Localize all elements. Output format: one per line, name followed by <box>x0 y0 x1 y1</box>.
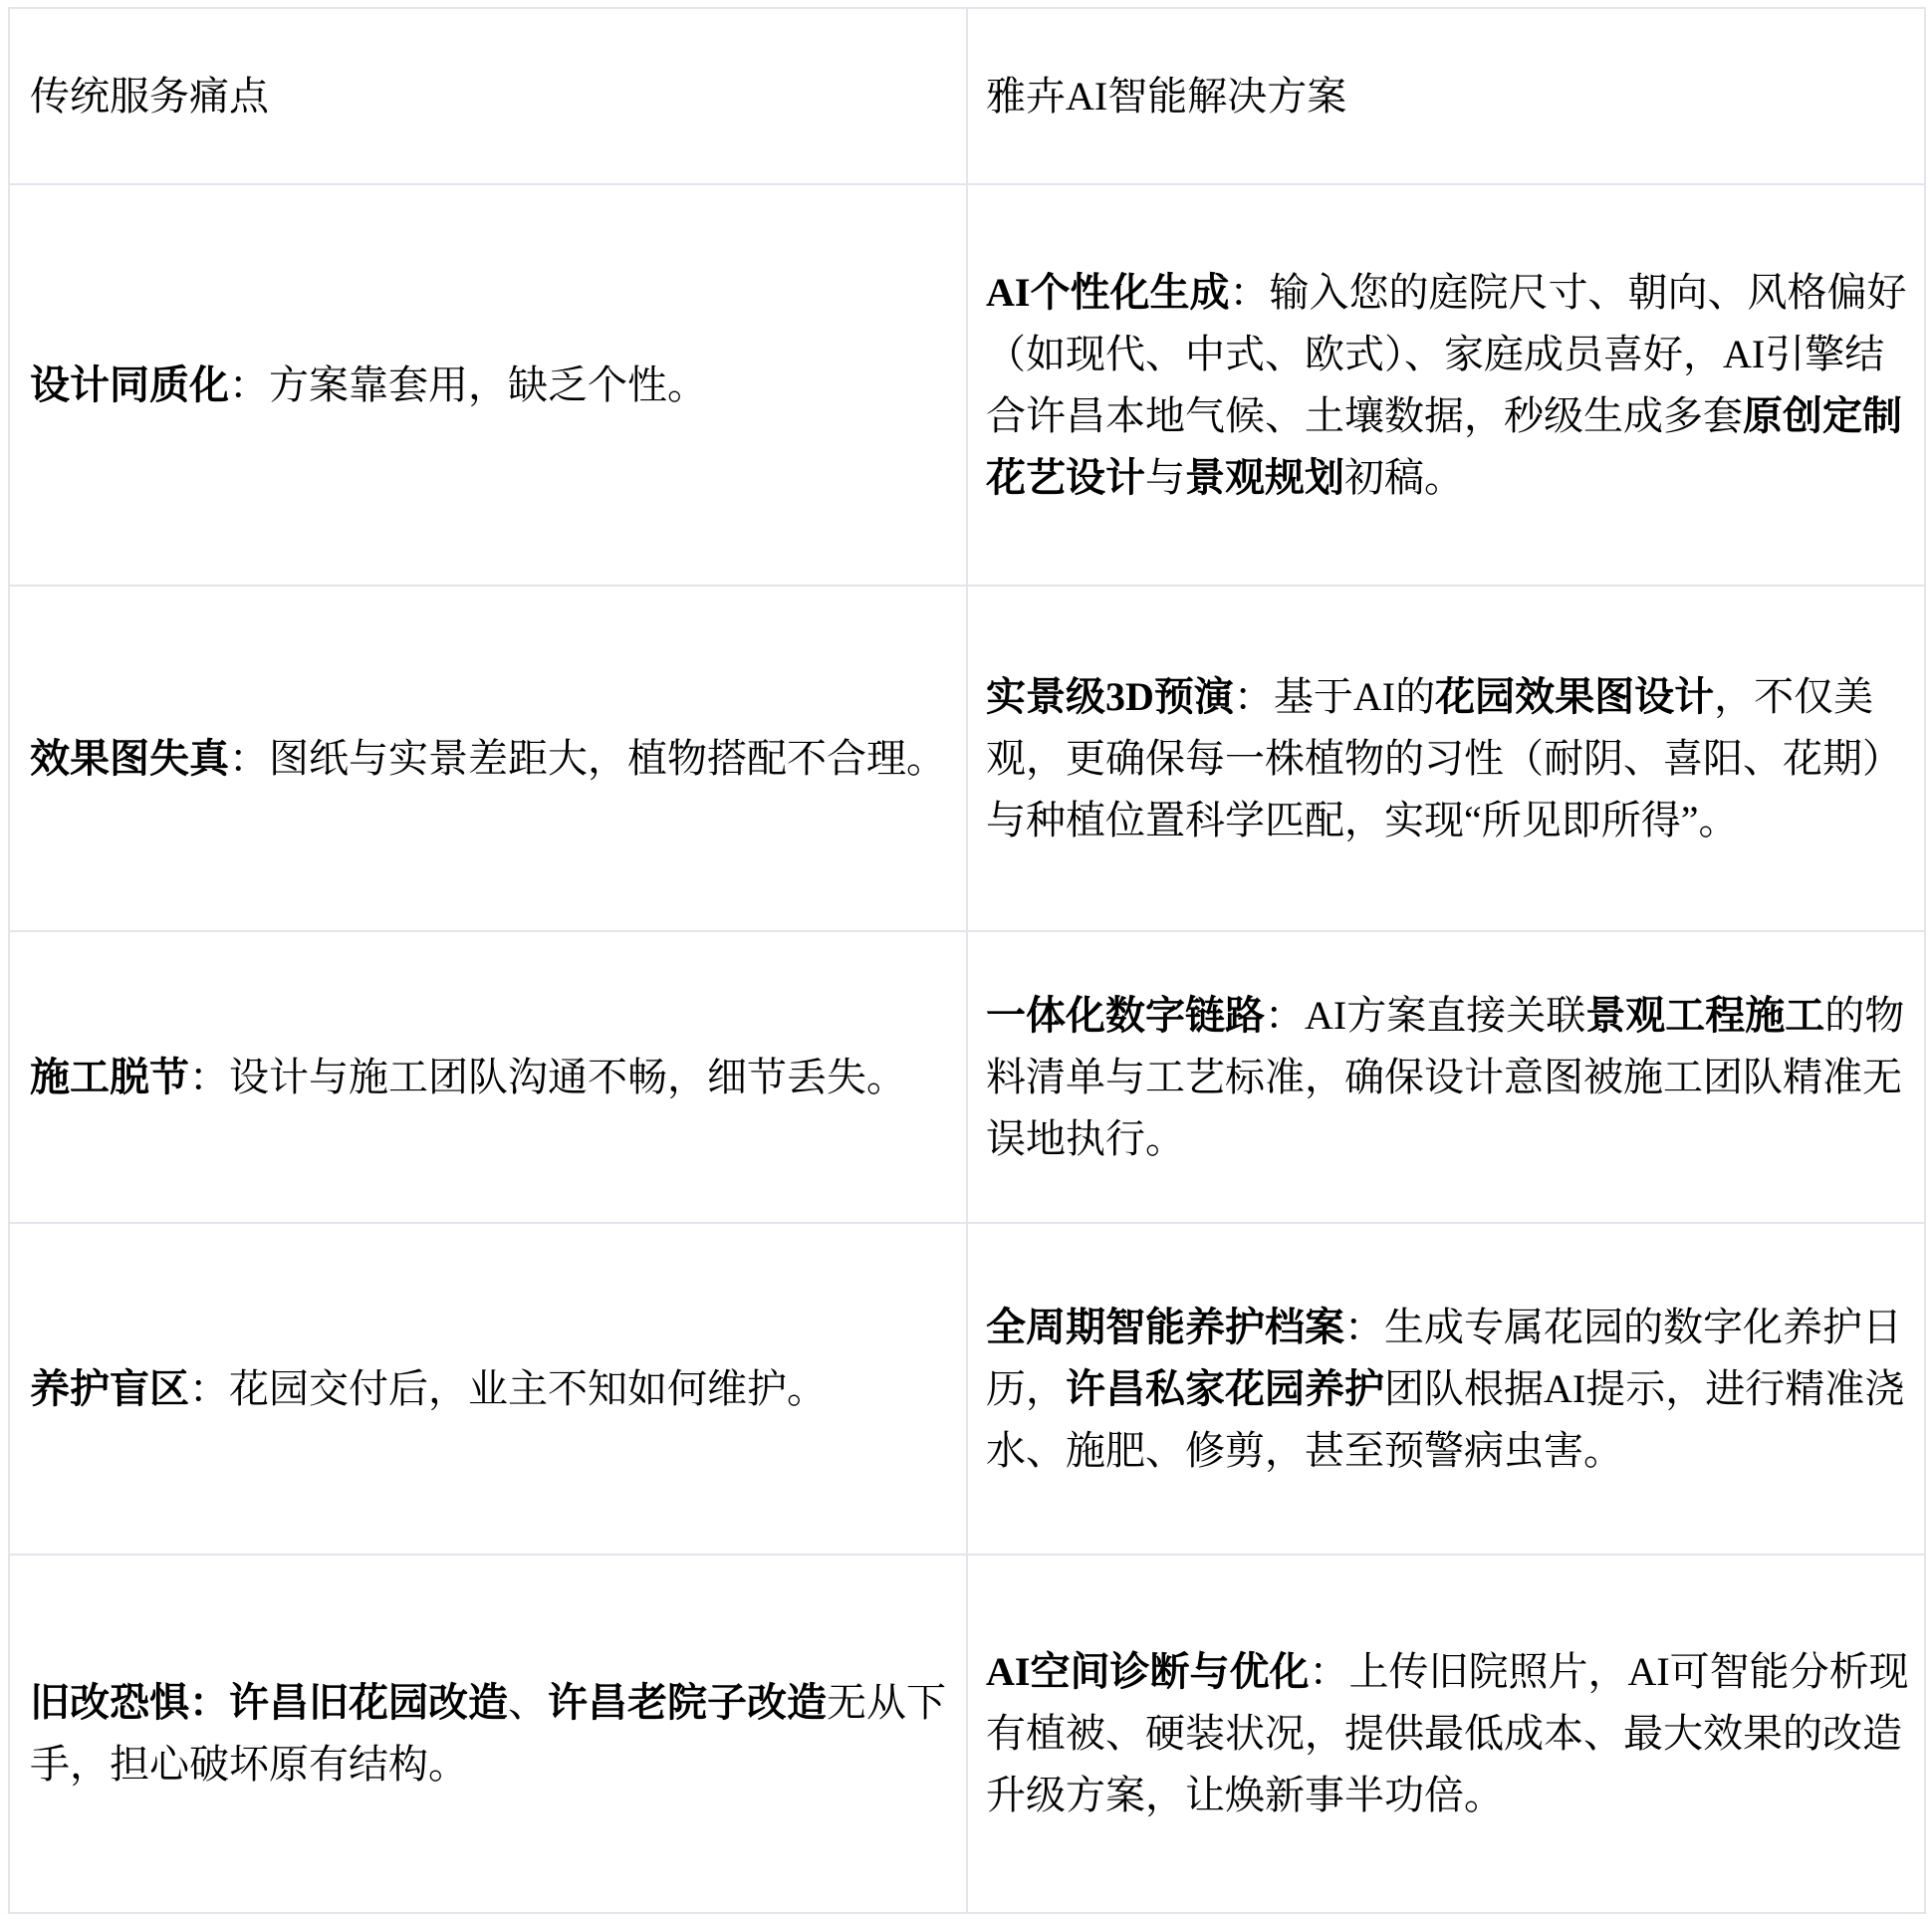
text-segment: 初稿。 <box>1344 455 1464 500</box>
text-segment: 许昌私家花园养护 <box>1066 1366 1384 1411</box>
text-segment: 与 <box>1145 455 1185 500</box>
text-segment: 全周期智能养护档案 <box>986 1305 1344 1349</box>
pain-cell: 设计同质化：方案靠套用，缺乏个性。 <box>9 184 967 586</box>
text-segment: 许昌老院子改造 <box>548 1680 827 1725</box>
solution-cell: 实景级3D预演：基于AI的花园效果图设计，不仅美观，更确保每一株植物的习性（耐阴… <box>967 586 1925 931</box>
text-segment: 效果图失真 <box>30 736 229 781</box>
text-segment: ：花园交付后，业主不知如何维护。 <box>189 1366 827 1411</box>
solution-cell: AI个性化生成：输入您的庭院尺寸、朝向、风格偏好（如现代、中式、欧式）、家庭成员… <box>967 184 1925 586</box>
text-segment: ：基于AI的 <box>1234 674 1435 719</box>
pain-cell: 养护盲区：花园交付后，业主不知如何维护。 <box>9 1223 967 1555</box>
table-row: 设计同质化：方案靠套用，缺乏个性。 AI个性化生成：输入您的庭院尺寸、朝向、风格… <box>9 184 1925 586</box>
pain-cell: 施工脱节：设计与施工团队沟通不畅，细节丢失。 <box>9 931 967 1223</box>
pain-points-header-cell: 传统服务痛点 <box>9 8 967 184</box>
text-segment: 实景级3D预演 <box>986 674 1234 719</box>
text-segment: 许昌旧花园改造 <box>229 1680 508 1725</box>
table-row: 养护盲区：花园交付后，业主不知如何维护。 全周期智能养护档案：生成专属花园的数字… <box>9 1223 1925 1555</box>
text-segment: 施工脱节 <box>30 1055 189 1099</box>
solution-cell: 全周期智能养护档案：生成专属花园的数字化养护日历，许昌私家花园养护团队根据AI提… <box>967 1223 1925 1555</box>
pain-points-header-label: 传统服务痛点 <box>30 74 269 119</box>
text-segment: 景观工程施工 <box>1585 993 1824 1038</box>
pain-cell: 效果图失真：图纸与实景差距大，植物搭配不合理。 <box>9 586 967 931</box>
text-segment: ：图纸与实景差距大，植物搭配不合理。 <box>229 736 946 781</box>
solutions-header-cell: 雅卉AI智能解决方案 <box>967 8 1925 184</box>
table-row: 效果图失真：图纸与实景差距大，植物搭配不合理。 实景级3D预演：基于AI的花园效… <box>9 586 1925 931</box>
text-segment: ：AI方案直接关联 <box>1265 993 1585 1038</box>
solutions-header-label: 雅卉AI智能解决方案 <box>986 74 1346 119</box>
pain-cell: 旧改恐惧：许昌旧花园改造、许昌老院子改造无从下手，担心破坏原有结构。 <box>9 1555 967 1913</box>
text-segment: 旧改恐惧： <box>30 1680 229 1725</box>
text-segment: 、 <box>508 1680 548 1725</box>
solution-cell: AI空间诊断与优化：上传旧院照片，AI可智能分析现有植被、硬装状况，提供最低成本… <box>967 1555 1925 1913</box>
text-segment: ：设计与施工团队沟通不畅，细节丢失。 <box>189 1055 906 1099</box>
table-row: 施工脱节：设计与施工团队沟通不畅，细节丢失。 一体化数字链路：AI方案直接关联景… <box>9 931 1925 1223</box>
comparison-table: 传统服务痛点 雅卉AI智能解决方案 设计同质化：方案靠套用，缺乏个性。 AI个性… <box>8 7 1926 1914</box>
header-row: 传统服务痛点 雅卉AI智能解决方案 <box>9 8 1925 184</box>
text-segment: AI空间诊断与优化 <box>986 1649 1309 1694</box>
solution-cell: 一体化数字链路：AI方案直接关联景观工程施工的物料清单与工艺标准，确保设计意图被… <box>967 931 1925 1223</box>
text-segment: ：方案靠套用，缺乏个性。 <box>229 362 707 407</box>
text-segment: 设计同质化 <box>30 362 229 407</box>
text-segment: AI个性化生成 <box>986 270 1229 315</box>
table-row: 旧改恐惧：许昌旧花园改造、许昌老院子改造无从下手，担心破坏原有结构。 AI空间诊… <box>9 1555 1925 1913</box>
text-segment: 景观规划 <box>1185 455 1344 500</box>
text-segment: 花园效果图设计 <box>1435 674 1714 719</box>
text-segment: 一体化数字链路 <box>986 993 1265 1038</box>
text-segment: 养护盲区 <box>30 1366 189 1411</box>
